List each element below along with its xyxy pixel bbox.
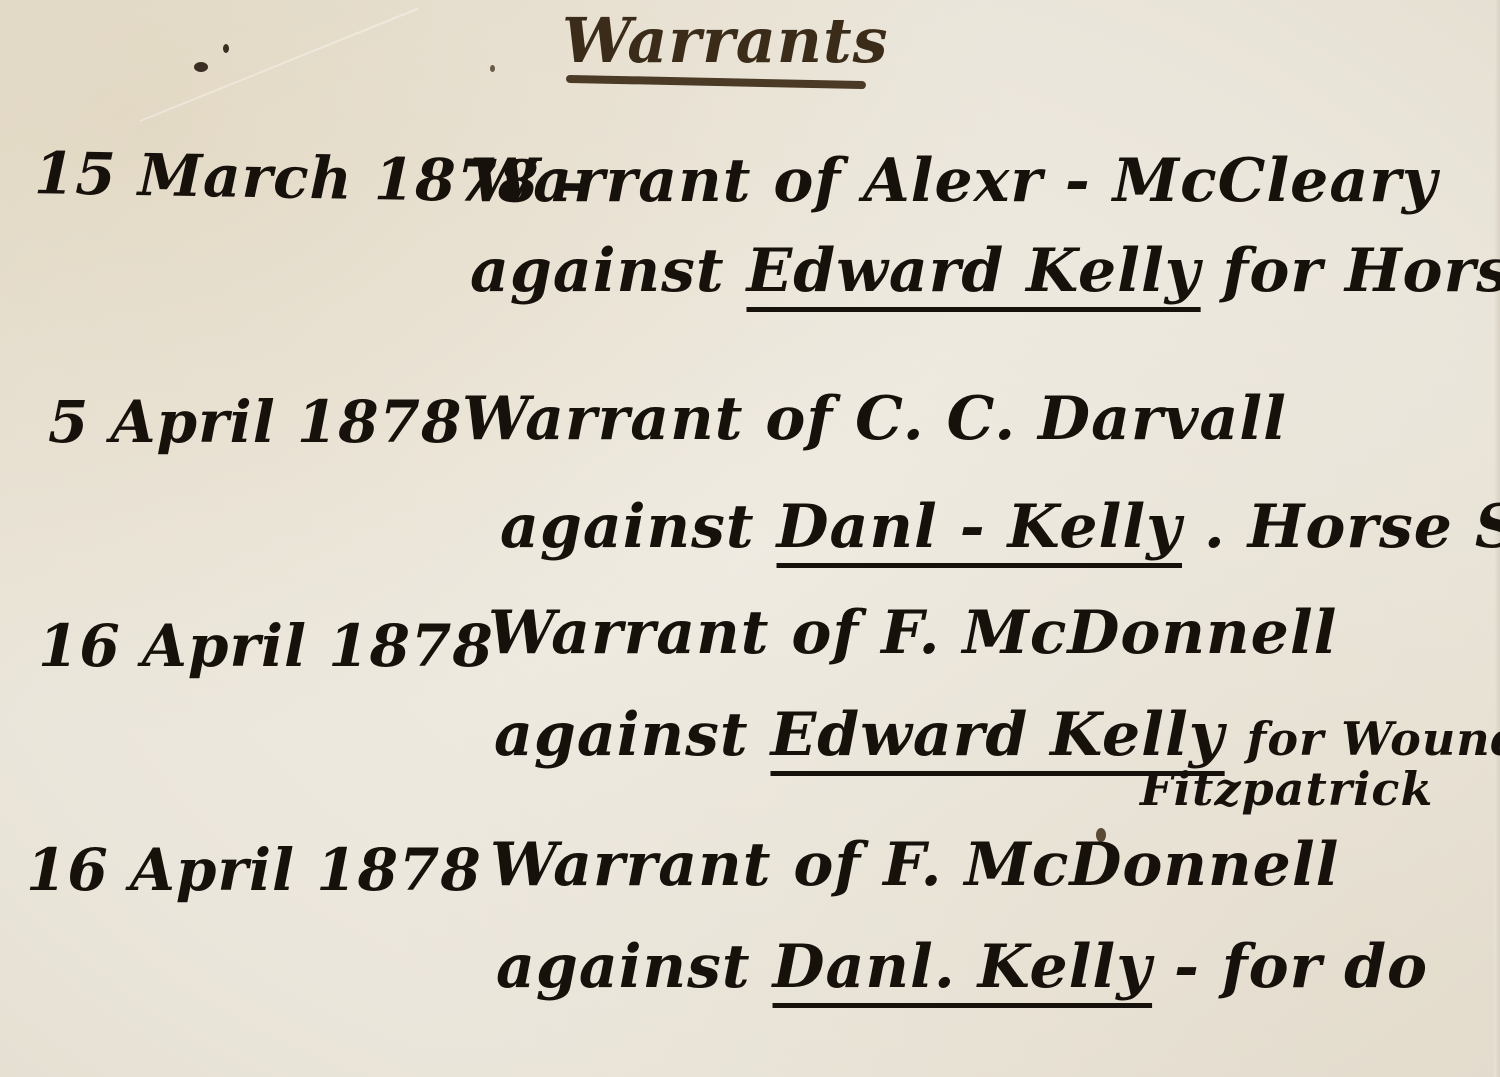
issuer-name: F. McDonnell xyxy=(881,598,1337,668)
subject-name: Danl - Kelly xyxy=(777,492,1182,562)
subject-name: Edward Kelly xyxy=(771,700,1225,770)
entry-date: 16 April 1878 xyxy=(26,836,482,904)
entry-line-1: Warrant of C. C. Darvall xyxy=(462,384,1287,454)
warrant-of-label: Warrant of xyxy=(462,384,833,454)
against-label: against xyxy=(470,236,725,306)
entry-line-1: Warrant of F. McDonnell xyxy=(488,598,1337,668)
charge-text: for Wounding Con xyxy=(1247,712,1500,766)
entry-line-2: against Danl - Kelly . Horse Stealing xyxy=(500,492,1500,562)
subject-name: Edward Kelly xyxy=(747,236,1201,306)
warrant-of-label: Warrant of xyxy=(490,830,861,900)
charge-text: for Horse Stg. xyxy=(1223,236,1500,306)
entry-date: 16 April 1878 xyxy=(38,612,494,680)
against-label: against xyxy=(500,492,755,562)
paper-hole xyxy=(490,65,495,72)
entry-line-2: against Edward Kelly for Wounding Con xyxy=(494,700,1500,770)
entry-line-1: Warrant of Alexr - McCleary xyxy=(470,146,1438,216)
entry-line-2: against Edward Kelly for Horse Stg. xyxy=(470,236,1500,306)
entry-line-1: Warrant of F. McDonnell xyxy=(490,830,1339,900)
against-label: against xyxy=(496,932,751,1002)
charge-text: - for do xyxy=(1174,932,1428,1002)
paper-hole xyxy=(194,62,208,72)
against-label: against xyxy=(494,700,749,770)
charge-continued-text: Fitzpatrick xyxy=(1140,762,1433,816)
issuer-name: C. C. Darvall xyxy=(855,384,1287,454)
charge-text: . Horse Stealing xyxy=(1204,492,1500,562)
entry-date: 5 April 1878 xyxy=(48,388,462,456)
issuer-name: Alexr - McCleary xyxy=(863,146,1438,216)
subject-name: Danl. Kelly xyxy=(773,932,1153,1002)
entry-line-2: against Danl. Kelly - for do xyxy=(496,932,1428,1002)
page-title: Warrants xyxy=(562,4,889,77)
warrant-of-label: Warrant of xyxy=(488,598,859,668)
warrant-of-label: Warrant of xyxy=(470,146,841,216)
issuer-name: F. McDonnell xyxy=(883,830,1339,900)
paper-hole xyxy=(223,44,229,53)
